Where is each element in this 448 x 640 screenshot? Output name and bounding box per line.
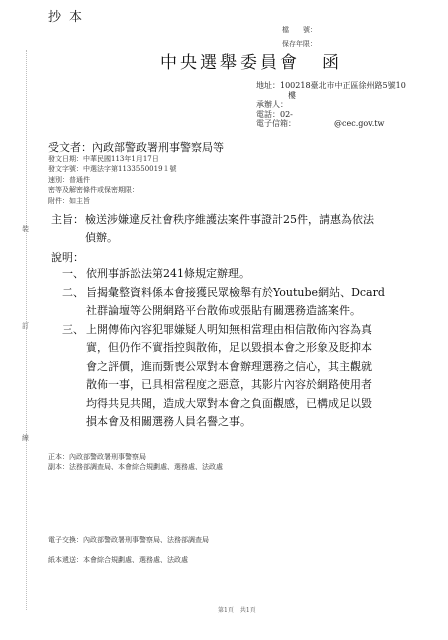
paper-delivery-row: 紙本遞送：本會綜合規劃處、選務處、法政處 [48, 550, 209, 570]
recipient-value: 內政部警政署刑事警察局等 [92, 141, 224, 154]
page-number: 第1頁 共1頁 [218, 605, 256, 614]
contact-block: 地址：100218臺北市中正區徐州路5號10 樓 承辦人： 電話：02- 電子信… [256, 81, 406, 129]
copy-mark: 抄本 [48, 6, 90, 25]
binding-char-zhuang: 裝 [22, 224, 29, 234]
explanation-items: 一、 依刑事訴訟法第241條規定辦理。 二、 旨揭彙整資料係本會接獲民眾檢舉有於… [62, 265, 432, 432]
document-meta: 發文日期：中華民國113年1月17日 發文字號：中選法字第1133550019１… [48, 154, 177, 206]
secrecy-label: 密等及解密條件或保密期限： [48, 186, 139, 194]
email-row: 電子信箱：@cec.gov.tw [256, 119, 406, 129]
subject-line-1: 檢送涉嫌違反社會秩序維護法案件事證計25件，請惠為依法 [85, 213, 374, 226]
speed-label: 速別： [48, 176, 69, 184]
phone-label: 電話： [256, 110, 280, 119]
item-number: 二、 [62, 284, 86, 303]
recipient-label: 受文者： [48, 141, 92, 154]
issuing-organization: 中央選舉委員會 [160, 53, 300, 73]
item-line: 損本會及相關選務人員名譽之事。 [62, 413, 432, 432]
explanation-item-2: 二、 旨揭彙整資料係本會接獲民眾檢舉有於Youtube網站、Dcard 社群論壇… [62, 284, 432, 321]
issue-date-label: 發文日期： [48, 155, 83, 163]
binding-char-xian: 線 [22, 433, 29, 443]
binding-char-ding: 訂 [22, 321, 29, 331]
paper-label: 紙本遞送： [48, 556, 83, 564]
phone-row: 電話：02- [256, 110, 406, 120]
item-number: 三、 [62, 321, 86, 340]
address-label: 地址： [256, 81, 280, 90]
document-number-value: 中選法字第1133550019１號 [83, 165, 177, 173]
copy-label: 副本： [48, 463, 69, 471]
subject-label: 主旨： [51, 211, 85, 229]
document-number-label: 發文字號： [48, 165, 83, 173]
address-continuation: 樓 [256, 91, 406, 101]
attachment-label: 附件： [48, 197, 69, 205]
copy-value: 法務部調查局、本會綜合規劃處、選務處、法政處 [69, 463, 223, 471]
archive-number-label: 檔 號： [282, 23, 317, 37]
original-label: 正本： [48, 453, 69, 461]
subject-line-2: 偵辦。 [51, 229, 431, 247]
archive-info: 檔 號： 保存年限： [282, 23, 317, 51]
item-line: 會之評價，進而斲喪公眾對本會辦理選務之信心，其主觀就 [62, 358, 432, 377]
explanation-item-3: 三、 上開傳佈內容犯罪嫌疑人明知無相當理由相信散佈內容為真 實，但仍作不實指控與… [62, 321, 432, 432]
phone-value: 02- [280, 110, 293, 119]
item-line: 依刑事訴訟法第241條規定辦理。 [62, 265, 432, 284]
item-number: 一、 [62, 265, 86, 284]
subject-section: 主旨：檢送涉嫌違反社會秩序維護法案件事證計25件，請惠為依法 偵辦。 [51, 211, 431, 247]
attachment-value: 如主旨 [69, 197, 90, 205]
document-type: 函 [322, 53, 342, 73]
issue-date-value: 中華民國113年1月17日 [83, 155, 159, 163]
speed-row: 速別：普通件 [48, 175, 177, 185]
original-value: 內政部警政署刑事警察局 [69, 453, 146, 461]
document-title: 中央選舉委員會函 [160, 48, 342, 73]
paper-value: 本會綜合規劃處、選務處、法政處 [83, 556, 188, 564]
item-line: 旨揭彙整資料係本會接獲民眾檢舉有於Youtube網站、Dcard [62, 284, 432, 303]
handler-row: 承辦人： [256, 100, 406, 110]
electronic-value: 內政部警政署刑事警察局、法務部調查局 [83, 536, 209, 544]
attachment-row: 附件：如主旨 [48, 196, 177, 206]
electronic-label: 電子交換： [48, 536, 83, 544]
electronic-exchange-row: 電子交換：內政部警政署刑事警察局、法務部調查局 [48, 530, 209, 550]
handler-label: 承辦人： [256, 100, 288, 109]
recipient-row: 受文者：內政部警政署刑事警察局等 [48, 139, 224, 155]
item-line: 上開傳佈內容犯罪嫌疑人明知無相當理由相信散佈內容為真 [62, 321, 432, 340]
delivery-block: 電子交換：內政部警政署刑事警察局、法務部調查局 紙本遞送：本會綜合規劃處、選務處… [48, 530, 209, 570]
secrecy-row: 密等及解密條件或保密期限： [48, 185, 177, 195]
item-line: 社群論壇等公開網路平台散佈或張貼有關選務造謠案件。 [62, 302, 432, 321]
copy-recipient-row: 副本：法務部調查局、本會綜合規劃處、選務處、法政處 [48, 462, 223, 472]
email-value: @cec.gov.tw [296, 119, 384, 128]
document-number-row: 發文字號：中選法字第1133550019１號 [48, 164, 177, 174]
issue-date-row: 發文日期：中華民國113年1月17日 [48, 154, 177, 164]
original-recipient-row: 正本：內政部警政署刑事警察局 [48, 452, 223, 462]
email-label: 電子信箱： [256, 119, 296, 128]
item-line: 均得共見共聞，造成大眾對本會之負面觀感，已構成足以毀 [62, 395, 432, 414]
item-line: 散佈一事，已具相當程度之惡意，其影片內容於網路使用者 [62, 376, 432, 395]
explanation-label: 說明： [51, 249, 84, 265]
item-line: 實，但仍作不實指控與散佈，足以毀損本會之形象及貶抑本 [62, 339, 432, 358]
speed-value: 普通件 [69, 176, 90, 184]
address-row: 地址：100218臺北市中正區徐州路5號10 [256, 81, 406, 91]
distribution-block: 正本：內政部警政署刑事警察局 副本：法務部調查局、本會綜合規劃處、選務處、法政處 [48, 452, 223, 472]
explanation-item-1: 一、 依刑事訴訟法第241條規定辦理。 [62, 265, 432, 284]
address-value: 100218臺北市中正區徐州路5號10 [280, 81, 406, 90]
